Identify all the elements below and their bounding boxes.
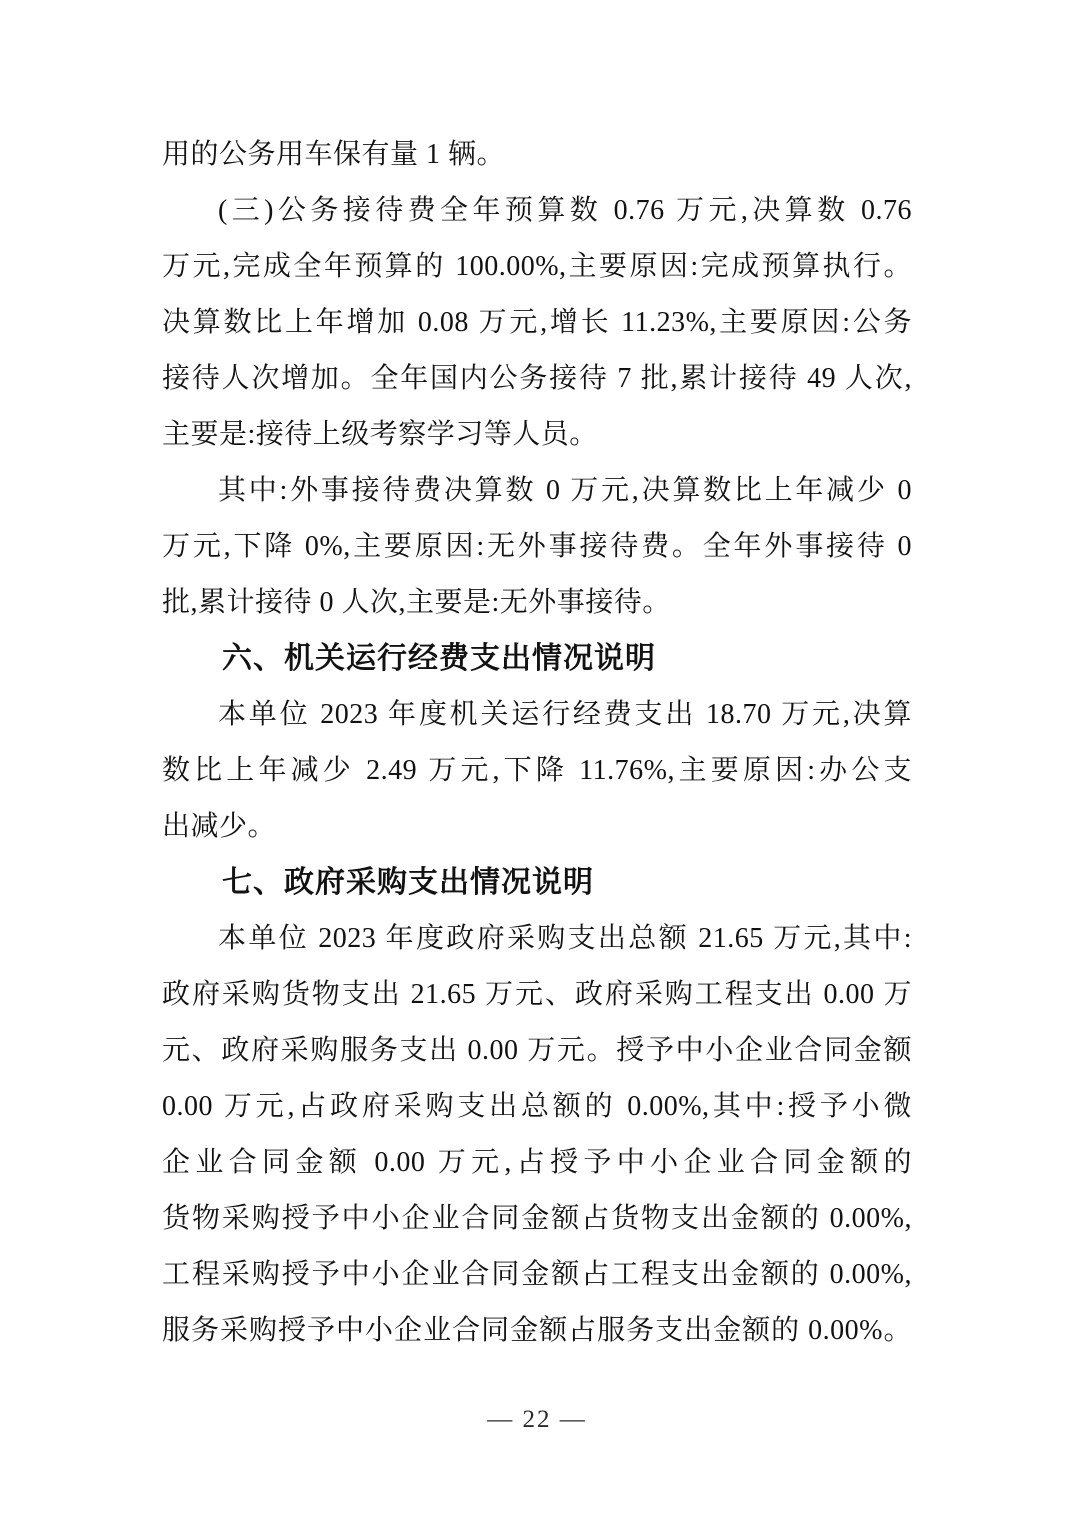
- page-footer: — 22 —: [0, 1398, 1074, 1442]
- text-line: 出减少。: [162, 799, 912, 855]
- text-line: 接待人次增加。全年国内公务接待 7 批,累计接待 49 人次,: [162, 351, 912, 407]
- text-line: 政府采购货物支出 21.65 万元、政府采购工程支出 0.00 万: [162, 967, 912, 1023]
- text-line: 决算数比上年增加 0.08 万元,增长 11.23%,主要原因:公务: [162, 295, 912, 351]
- text-line: (三)公务接待费全年预算数 0.76 万元,决算数 0.76: [162, 183, 912, 239]
- text-line: 批,累计接待 0 人次,主要是:无外事接待。: [162, 575, 912, 631]
- text-line: 工程采购授予中小企业合同金额占工程支出金额的 0.00%,: [162, 1247, 912, 1303]
- text-line: 万元,完成全年预算的 100.00%,主要原因:完成预算执行。: [162, 239, 912, 295]
- text-line: 货物采购授予中小企业合同金额占货物支出金额的 0.00%,: [162, 1191, 912, 1247]
- text-line: 主要是:接待上级考察学习等人员。: [162, 407, 912, 463]
- text-line: 万元,下降 0%,主要原因:无外事接待费。全年外事接待 0: [162, 519, 912, 575]
- text-line: 用的公务用车保有量 1 辆。: [162, 127, 912, 183]
- text-line: 企业合同金额 0.00 万元,占授予中小企业合同金额的 0.00%。: [162, 1135, 912, 1191]
- section-heading-7: 七、政府采购支出情况说明: [162, 855, 912, 911]
- text-line: 元、政府采购服务支出 0.00 万元。授予中小企业合同金额: [162, 1023, 912, 1079]
- page: 用的公务用车保有量 1 辆。 (三)公务接待费全年预算数 0.76 万元,决算数…: [0, 0, 1074, 1520]
- text-line: 0.00 万元,占政府采购支出总额的 0.00%,其中:授予小微: [162, 1079, 912, 1135]
- text-line: 本单位 2023 年度机关运行经费支出 18.70 万元,决算: [162, 687, 912, 743]
- text-line: 数比上年减少 2.49 万元,下降 11.76%,主要原因:办公支: [162, 743, 912, 799]
- text-line: 本单位 2023 年度政府采购支出总额 21.65 万元,其中:: [162, 911, 912, 967]
- document-body: 用的公务用车保有量 1 辆。 (三)公务接待费全年预算数 0.76 万元,决算数…: [162, 127, 912, 1359]
- section-heading-6: 六、机关运行经费支出情况说明: [162, 631, 912, 687]
- text-line: 其中:外事接待费决算数 0 万元,决算数比上年减少 0: [162, 463, 912, 519]
- text-line: 服务采购授予中小企业合同金额占服务支出金额的 0.00%。: [162, 1303, 912, 1359]
